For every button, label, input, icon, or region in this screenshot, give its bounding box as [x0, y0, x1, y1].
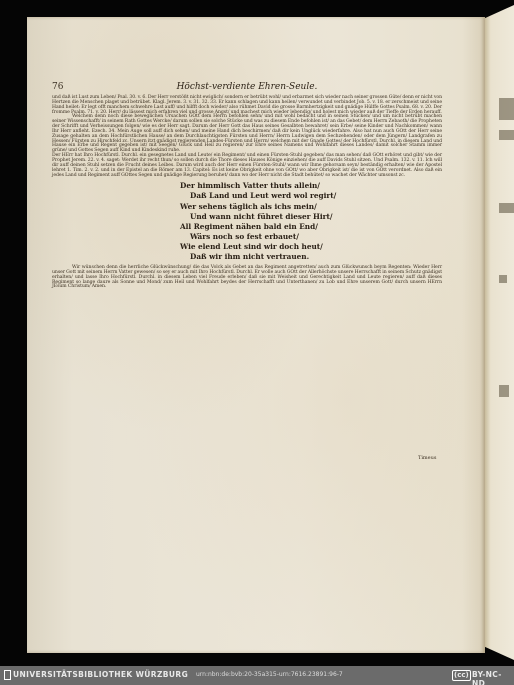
poem-line: Daß wir ihm nicht vertrauen.	[180, 252, 442, 262]
facing-text-block	[499, 203, 514, 213]
poem-line: Und wann nicht führet dieser Hirt/	[180, 212, 442, 222]
paragraph: Der HErr hat Ihro Hochfürstl. Durchl. ei…	[52, 154, 442, 178]
poem-line: Der himmlisch Vatter thuts allein/	[180, 181, 442, 191]
facing-text-block	[499, 130, 514, 140]
paragraph: Welchem denn noch diese beweglichen Ursa…	[52, 115, 442, 154]
poem-line: Wärs noch so fest erbauet/	[180, 232, 442, 242]
poem: Der himmlisch Vatter thuts allein/ Daß L…	[180, 181, 442, 262]
catchword: Timeus	[418, 455, 436, 461]
library-logo-icon	[4, 670, 11, 680]
creative-commons-icon[interactable]: (cc)	[452, 670, 471, 681]
poem-line: Daß Land und Leut werd wol regirt/	[180, 191, 442, 201]
library-name[interactable]: UNIVERSITÄTSBIBLIOTHEK WÜRZBURG	[13, 670, 188, 679]
facing-text-block	[499, 98, 514, 120]
urn-identifier[interactable]: urn:nbn:de:bvb:20-35a315-urn:7616.23891:…	[196, 671, 343, 678]
closing-paragraph: Wir wünschen denn die herrliche Glückwün…	[52, 266, 442, 290]
running-head: Höchst-verdiente Ehren-Seule.	[52, 82, 442, 92]
poem-line: All Regiment nähen bald ein End/	[180, 222, 442, 232]
page-header: 76 Höchst-verdiente Ehren-Seule.	[52, 82, 442, 94]
footer-bar: UNIVERSITÄTSBIBLIOTHEK WÜRZBURG urn:nbn:…	[0, 666, 514, 685]
poem-line: Wer sehens täglich als ichs mein/	[180, 202, 442, 212]
text-block: und daß ist Lust zum Leben/ Psal. 30. v.…	[52, 96, 442, 290]
scan-area: 76 Höchst-verdiente Ehren-Seule. und daß…	[0, 0, 514, 666]
facing-text-block	[499, 275, 507, 283]
paragraph: und daß ist Lust zum Leben/ Psal. 30. v.…	[52, 96, 442, 115]
facing-page-edge	[485, 5, 514, 660]
facing-text-block	[499, 385, 509, 397]
license-label[interactable]: BY-NC-ND	[472, 670, 514, 685]
poem-line: Wie elend Leut sind wir doch heut/	[180, 242, 442, 252]
